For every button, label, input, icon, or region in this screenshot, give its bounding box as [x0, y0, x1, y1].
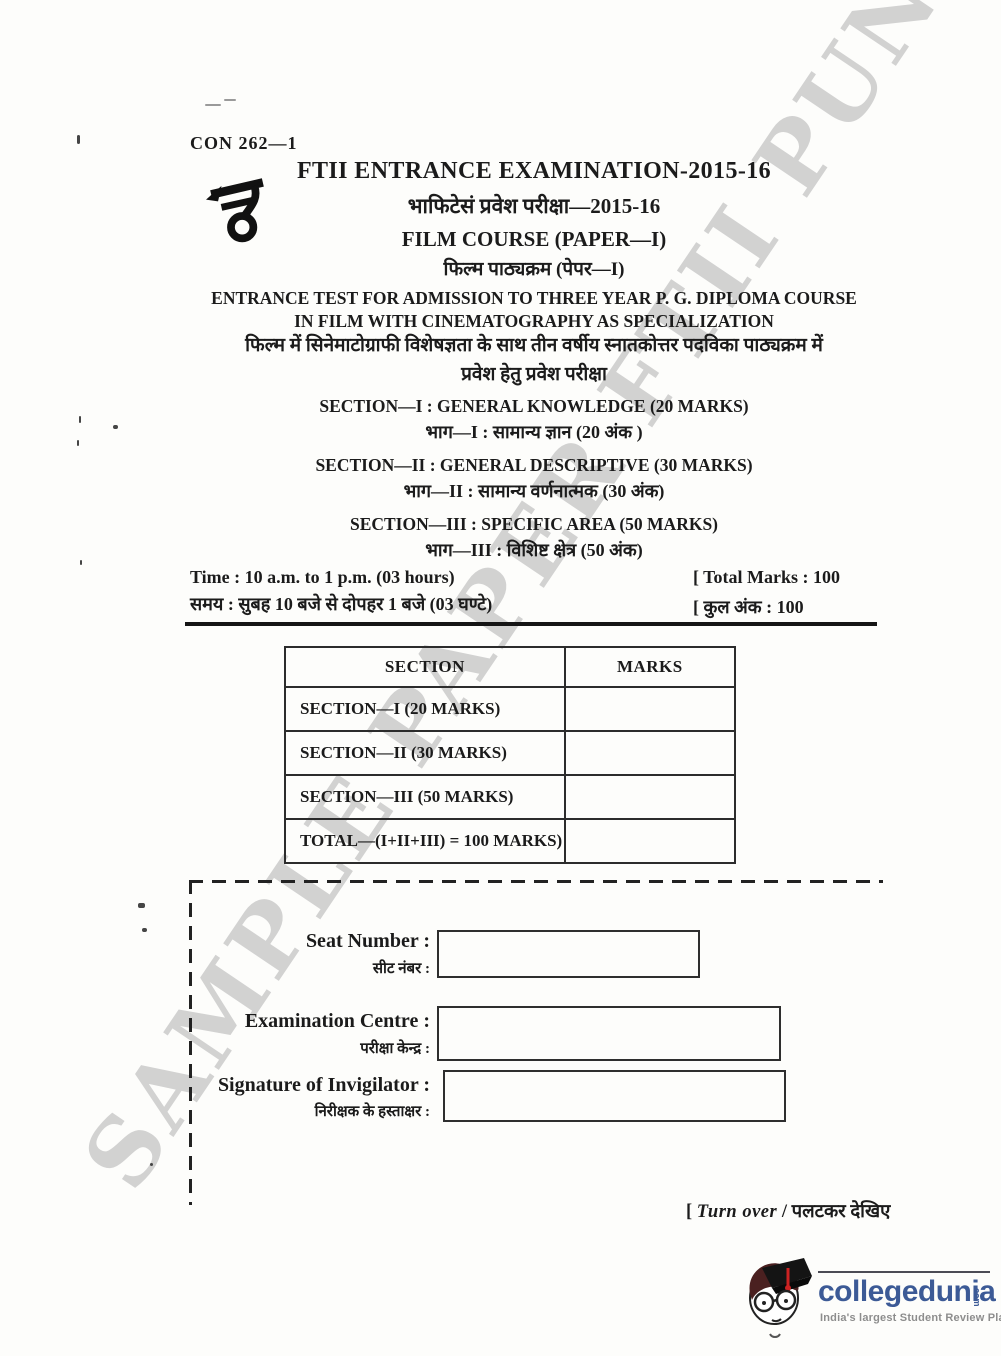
- section3-heading-hi: भाग—III : विशिष्ट क्षेत्र (50 अंक): [188, 538, 880, 562]
- time-hindi: समय : सुबह 10 बजे से दोपहर 1 बजे (03 घण्…: [190, 592, 492, 616]
- section2-heading-en: SECTION—II : GENERAL DESCRIPTIVE (30 MAR…: [188, 455, 880, 476]
- seat-number-label-hi: सीट नंबर :: [120, 958, 430, 978]
- invigilator-signature-label-en: Signature of Invigilator :: [120, 1074, 430, 1097]
- examination-centre-label-en: Examination Centre :: [120, 1010, 430, 1033]
- section3-heading-en: SECTION—III : SPECIFIC AREA (50 MARKS): [188, 514, 880, 535]
- examination-centre-field[interactable]: [437, 1006, 781, 1061]
- turn-over-note: [ Turn over / पलटकर देखिए: [686, 1198, 890, 1223]
- scan-artifact: [205, 104, 221, 106]
- section3-marks-cell[interactable]: [565, 775, 735, 819]
- total-marks-english: [ Total Marks : 100: [693, 567, 840, 588]
- test-description-hindi-line2: प्रवेश हेतु प्रवेश परीक्षा: [188, 360, 880, 386]
- section1-marks-cell[interactable]: [565, 687, 735, 731]
- column-header-marks: MARKS: [565, 647, 735, 687]
- logo-divider-line: [818, 1271, 990, 1273]
- turn-over-separator: /: [777, 1202, 791, 1222]
- turn-over-hindi: पलटकर देखिए: [792, 1202, 891, 1222]
- page-content: CON 262—1 FTII ENTRANCE EXAMINATION-2015…: [0, 0, 1001, 1356]
- seat-number-label-en: Seat Number :: [120, 930, 430, 953]
- section1-heading-hi: भाग—I : सामान्य ज्ञान (20 अंक ): [188, 420, 880, 444]
- scan-artifact: [224, 99, 236, 101]
- scan-artifact: [77, 135, 80, 144]
- examination-centre-label-hi: परीक्षा केन्द्र :: [120, 1038, 430, 1058]
- scan-artifact: [150, 1163, 153, 1166]
- brand-tagline: India's largest Student Review Platform: [820, 1312, 1001, 1324]
- dashed-border-top: [189, 880, 883, 883]
- scan-artifact: [79, 416, 81, 423]
- scan-artifact: [77, 440, 79, 446]
- section1-heading-en: SECTION—I : GENERAL KNOWLEDGE (20 MARKS): [188, 396, 880, 417]
- paper-code: CON 262—1: [190, 133, 298, 154]
- turn-over-english: Turn over: [697, 1202, 777, 1222]
- course-english: FILM COURSE (PAPER—I): [188, 227, 880, 252]
- section1-row-label: SECTION—I (20 MARKS): [285, 687, 565, 731]
- table-header-row: SECTION MARKS: [285, 647, 735, 687]
- course-hindi: फिल्म पाठ्यक्रम (पेपर—I): [188, 255, 880, 281]
- test-description-line2: IN FILM WITH CINEMATOGRAPHY AS SPECIALIZ…: [188, 311, 880, 332]
- section2-heading-hi: भाग—II : सामान्य वर्णनात्मक (30 अंक): [188, 479, 880, 503]
- section2-marks-cell[interactable]: [565, 731, 735, 775]
- scan-artifact: [138, 903, 145, 908]
- mascot-icon: [738, 1250, 820, 1346]
- exam-paper-scan: SAMPLE PAPER FTII PUNE CON 262—1 FTII EN…: [0, 0, 1001, 1356]
- table-row: SECTION—III (50 MARKS): [285, 775, 735, 819]
- table-row: SECTION—I (20 MARKS): [285, 687, 735, 731]
- time-english: Time : 10 a.m. to 1 p.m. (03 hours): [190, 567, 455, 588]
- horizontal-rule: [185, 622, 877, 626]
- invigilator-signature-label-hi: निरीक्षक के हस्ताक्षर :: [120, 1101, 430, 1121]
- scan-artifact: [80, 560, 82, 565]
- invigilator-signature-field[interactable]: [443, 1070, 786, 1122]
- title-english: FTII ENTRANCE EXAMINATION-2015-16: [188, 158, 880, 185]
- test-description-hindi-line1: फिल्म में सिनेमाटोग्राफी विशेषज्ञता के स…: [188, 331, 880, 357]
- brand-name: collegedunia: [818, 1275, 995, 1309]
- section2-row-label: SECTION—II (30 MARKS): [285, 731, 565, 775]
- seat-number-field[interactable]: [437, 930, 700, 978]
- column-header-section: SECTION: [285, 647, 565, 687]
- collegedunia-logo: collegedunia com India's largest Student…: [738, 1250, 996, 1350]
- turn-over-bracket: [: [686, 1202, 697, 1222]
- test-description-line1: ENTRANCE TEST FOR ADMISSION TO THREE YEA…: [188, 288, 880, 309]
- section3-row-label: SECTION—III (50 MARKS): [285, 775, 565, 819]
- marks-table: SECTION MARKS SECTION—I (20 MARKS) SECTI…: [284, 646, 736, 864]
- total-marks-hindi: [ कुल अंक : 100: [693, 595, 804, 619]
- total-marks-cell[interactable]: [565, 819, 735, 863]
- table-row: TOTAL—(I+II+III) = 100 MARKS): [285, 819, 735, 863]
- table-row: SECTION—II (30 MARKS): [285, 731, 735, 775]
- brand-tld: com: [972, 1288, 982, 1307]
- total-row-label: TOTAL—(I+II+III) = 100 MARKS): [285, 819, 565, 863]
- scan-artifact: [113, 425, 118, 429]
- title-hindi: भाफिटेसं प्रवेश परीक्षा—2015-16: [188, 192, 880, 220]
